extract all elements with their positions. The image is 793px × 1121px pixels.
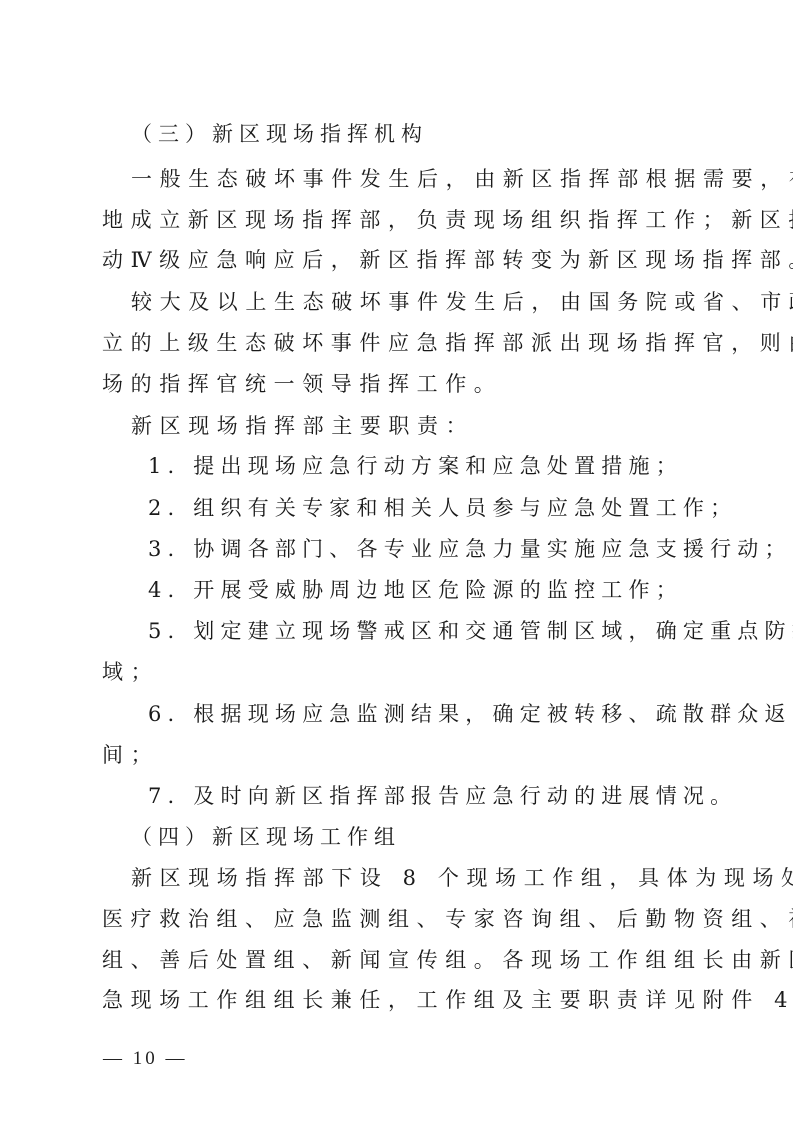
paragraph-line: 动Ⅳ级应急响应后，新区指挥部转变为新区现场指挥部。 bbox=[102, 246, 702, 274]
paragraph-line: 较大及以上生态破坏事件发生后，由国务院或省、市政府成 bbox=[131, 288, 731, 316]
paragraph-line: 场的指挥官统一领导指挥工作。 bbox=[102, 370, 702, 398]
list-item: 2. 组织有关专家和相关人员参与应急处置工作； bbox=[148, 494, 748, 522]
section-heading: （四）新区现场工作组 bbox=[131, 823, 731, 851]
list-item: 6. 根据现场应急监测结果，确定被转移、疏散群众返回时 bbox=[148, 700, 748, 728]
paragraph-line: 组、善后处置组、新闻宣传组。各现场工作组组长由新区环境应 bbox=[102, 946, 702, 974]
document-page: （三）新区现场指挥机构一般生态破坏事件发生后，由新区指挥部根据需要，在事发地成立… bbox=[0, 0, 793, 1121]
paragraph-line: 一般生态破坏事件发生后，由新区指挥部根据需要，在事发 bbox=[131, 165, 731, 193]
paragraph-line: 新区现场指挥部主要职责： bbox=[131, 412, 731, 440]
paragraph-line: 域； bbox=[102, 658, 702, 686]
list-item: 1. 提出现场应急行动方案和应急处置措施； bbox=[148, 452, 748, 480]
page-number: — 10 — bbox=[103, 1048, 188, 1070]
paragraph-line: 新区现场指挥部下设 8 个现场工作组，具体为现场处置组、 bbox=[131, 864, 731, 892]
list-item: 3. 协调各部门、各专业应急力量实施应急支援行动； bbox=[148, 535, 748, 563]
list-item: 5. 划定建立现场警戒区和交通管制区域，确定重点防护区 bbox=[148, 617, 748, 645]
paragraph-line: 间； bbox=[102, 741, 702, 769]
paragraph-line: 地成立新区现场指挥部，负责现场组织指挥工作；新区指挥部启 bbox=[102, 206, 702, 234]
section-heading: （三）新区现场指挥机构 bbox=[131, 120, 731, 148]
list-item: 4. 开展受威胁周边地区危险源的监控工作； bbox=[148, 576, 748, 604]
paragraph-line: 急现场工作组组长兼任，工作组及主要职责详见附件 4。 bbox=[102, 986, 702, 1014]
paragraph-line: 立的上级生态破坏事件应急指挥部派出现场指挥官，则由派出现 bbox=[102, 329, 702, 357]
paragraph-line: 医疗救治组、应急监测组、专家咨询组、后勤物资组、社会稳定 bbox=[102, 905, 702, 933]
list-item: 7. 及时向新区指挥部报告应急行动的进展情况。 bbox=[148, 782, 748, 810]
